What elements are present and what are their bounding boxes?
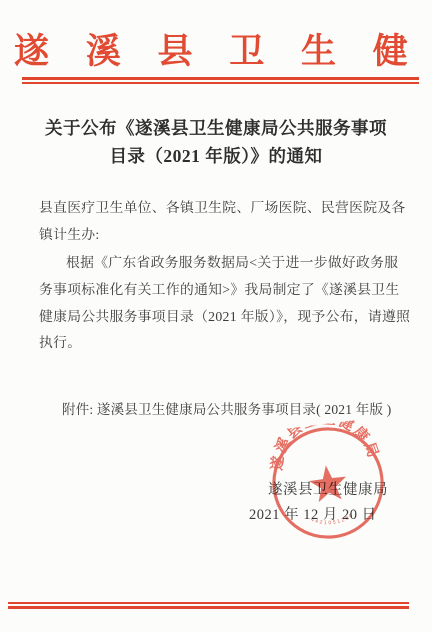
- paragraph-line1: 根据《广东省政务服务数据局<关于进一步做好政务服: [39, 251, 404, 271]
- signature-date: 2021 年 12 月 20 日: [249, 503, 377, 524]
- footer-divider: [8, 602, 409, 609]
- document-title-line1: 关于公布《遂溪县卫生健康局公共服务事项: [20, 114, 412, 142]
- seal-ring-text: 遂溪县卫生健康局: [261, 417, 382, 473]
- document-title-line2: 目录（2021 年版）》的通知: [20, 142, 412, 170]
- paragraph-line2: 务事项标准化有关工作的通知>》我局制定了《遂溪县卫生: [39, 278, 404, 298]
- document-title: 关于公布《遂溪县卫生健康局公共服务事项 目录（2021 年版）》的通知: [20, 114, 412, 170]
- official-document-page: 遂 溪 县 卫 生 健 康 局 关于公布《遂溪县卫生健康局公共服务事项 目录（2…: [0, 0, 432, 632]
- letterhead-agency-name: 遂 溪 县 卫 生 健 康 局: [0, 24, 432, 74]
- attachment-reference: 附件: 遂溪县卫生健康局公共服务事项目录( 2021 年版 ): [62, 398, 391, 418]
- paragraph-line3: 健康局公共服务事项目录（2021 年版）》，现予公布，请遵照: [39, 305, 404, 325]
- salutation-line2: 镇计生办:: [39, 223, 404, 243]
- letterhead-divider: [22, 77, 419, 84]
- seal-ring-text-group: 遂溪县卫生健康局: [261, 417, 382, 473]
- paragraph-line4: 执行。: [39, 331, 404, 351]
- letterhead-divider-thin-line: [22, 82, 419, 84]
- signature-agency-name: 遂溪县卫生健康局: [268, 478, 388, 499]
- footer-divider-thick-line: [8, 606, 409, 610]
- salutation-line1: 县直医疗卫生单位、各镇卫生院、厂场医院、民营医院及各: [39, 196, 404, 216]
